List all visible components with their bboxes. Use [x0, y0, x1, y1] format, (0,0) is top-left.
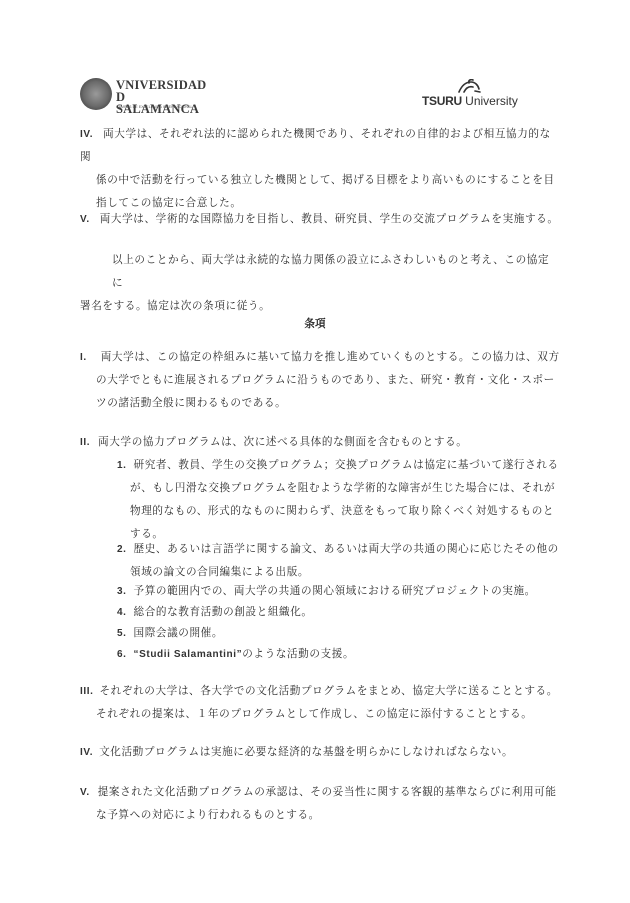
text-line: 物理的なもの、形式的なものに関わらず、決意をもって取り除くべく対処するものと	[117, 500, 567, 523]
usal-name: VNIVERSIDAD D SALAMANCA	[116, 79, 206, 115]
clause-number: IV.	[80, 747, 93, 758]
clause-number: V.	[80, 787, 90, 798]
text-line: 係の中で活動を行っている独立した機関として、掲げる目標をより高いものにすることを…	[80, 169, 560, 192]
text-line: 文化活動プログラムは実施に必要な経済的な基盤を明らかにしなければならない。	[99, 746, 513, 758]
clause-number: I.	[80, 352, 87, 363]
preamble-v: V. 両大学は、学術的な国際協力を目指し、教員、研究員、学生の交流プログラムを実…	[80, 208, 560, 231]
text-line: の大学でともに進展されるプログラムに沿うものであり、また、研究・教育・文化・スポ…	[80, 369, 560, 392]
article-ii: II. 両大学の協力プログラムは、次に述べる具体的な側面を含むものとする。	[80, 431, 560, 454]
preamble-iv: IV. 両大学は、それぞれ法的に認められた機関であり、それぞれの自律的および相互…	[80, 123, 560, 215]
text-line: 署名をする。協定は次の条項に従う。	[80, 295, 560, 318]
clause-number: V.	[80, 214, 90, 225]
text-line: 総合的な教育活動の創設と組織化。	[134, 606, 313, 618]
text-line: それぞれの大学は、各大学での文化活動プログラムをまとめ、協定大学に送ることとする…	[99, 685, 557, 697]
tsuru-name-regular: University	[462, 94, 518, 108]
text-line: 両大学は、学術的な国際協力を目指し、教員、研究員、学生の交流プログラムを実施する…	[100, 213, 559, 225]
text-line: のような活動の支援。	[242, 648, 354, 660]
item-number: 2.	[117, 544, 127, 555]
text-line: 両大学は、それぞれ法的に認められた機関であり、それぞれの自律的および相互協力的な…	[80, 128, 551, 163]
article-v: V. 提案された文化活動プログラムの承認は、その妥当性に関する客観的基準ならびに…	[80, 781, 560, 827]
clause-number: III.	[80, 686, 94, 697]
text-line: 予算の範囲内での、両大学の共通の関心領域における研究プロジェクトの実施。	[134, 585, 536, 597]
article-ii-item-6: 6. “Studii Salamantini”のような活動の支援。	[117, 643, 567, 666]
preamble-conclusion: 以上のことから、両大学は永続的な協力関係の設立にふさわしいものと考え、この協定に…	[80, 249, 560, 318]
usal-subtitle: CAMPUS DE EXCELENCIA INTERNACIONAL	[116, 105, 193, 109]
item-number: 5.	[117, 628, 127, 639]
usal-name-line2: D SALAMANCA	[116, 91, 206, 115]
clause-number: II.	[80, 437, 90, 448]
article-ii-item-2: 2. 歴史、あるいは言語学に関する論文、あるいは両大学の共通の関心に応じたその他…	[117, 538, 567, 584]
text-line: 以上のことから、両大学は永続的な協力関係の設立にふさわしいものと考え、この協定に	[80, 249, 560, 295]
tsuru-wordmark: TSURU University	[422, 94, 518, 108]
universidad-salamanca-logo: VNIVERSIDAD D SALAMANCA CAMPUS DE EXCELE…	[80, 78, 200, 112]
article-iv: IV. 文化活動プログラムは実施に必要な経済的な基盤を明らかにしなければならない…	[80, 741, 560, 764]
university-seal-icon	[80, 78, 112, 110]
item-number: 6.	[117, 649, 127, 660]
usal-name-line1: VNIVERSIDAD	[116, 79, 206, 91]
tsuru-name-bold: TSURU	[422, 94, 462, 108]
article-iii: III. それぞれの大学は、各大学での文化活動プログラムをまとめ、協定大学に送る…	[80, 680, 560, 726]
text-line: それぞれの提案は、１年のプログラムとして作成し、この協定に添付することとする。	[80, 703, 560, 726]
text-line: ツの諸活動全般に関わるものである。	[80, 392, 560, 415]
article-ii-item-5: 5. 国際会議の開催。	[117, 622, 567, 645]
article-ii-item-1: 1. 研究者、教員、学生の交換プログラム；交換プログラムは協定に基づいて遂行され…	[117, 454, 567, 546]
text-line: 研究者、教員、学生の交換プログラム；交換プログラムは協定に基づいて遂行される	[134, 459, 559, 471]
item-number: 1.	[117, 460, 127, 471]
clause-number: IV.	[80, 129, 93, 140]
quoted-title: “Studii Salamantini”	[134, 649, 243, 660]
text-line: 両大学は、この協定の枠組みに基いて協力を推し進めていくものとする。この協力は、双…	[101, 351, 560, 363]
text-line: な予算への対応により行われるものとする。	[80, 804, 560, 827]
text-line: 提案された文化活動プログラムの承認は、その妥当性に関する客観的基準ならびに利用可…	[98, 786, 557, 798]
article-ii-item-4: 4. 総合的な教育活動の創設と組織化。	[117, 601, 567, 624]
tsuru-university-logo: TSURU University	[422, 79, 522, 109]
document-header: VNIVERSIDAD D SALAMANCA CAMPUS DE EXCELE…	[0, 0, 630, 120]
crane-emblem-icon	[456, 79, 482, 94]
text-line: 国際会議の開催。	[134, 627, 224, 639]
article-i: I. 両大学は、この協定の枠組みに基いて協力を推し進めていくものとする。この協力…	[80, 346, 560, 415]
text-line: 両大学の協力プログラムは、次に述べる具体的な側面を含むものとする。	[98, 436, 467, 448]
text-line: 歴史、あるいは言語学に関する論文、あるいは両大学の共通の関心に応じたその他の	[134, 543, 559, 555]
item-number: 3.	[117, 586, 127, 597]
text-line: が、もし円滑な交換プログラムを阻むような学術的な障害が生じた場合には、それが	[117, 477, 567, 500]
article-ii-item-3: 3. 予算の範囲内での、両大学の共通の関心領域における研究プロジェクトの実施。	[117, 580, 567, 603]
item-number: 4.	[117, 607, 127, 618]
section-title: 条項	[0, 316, 630, 331]
